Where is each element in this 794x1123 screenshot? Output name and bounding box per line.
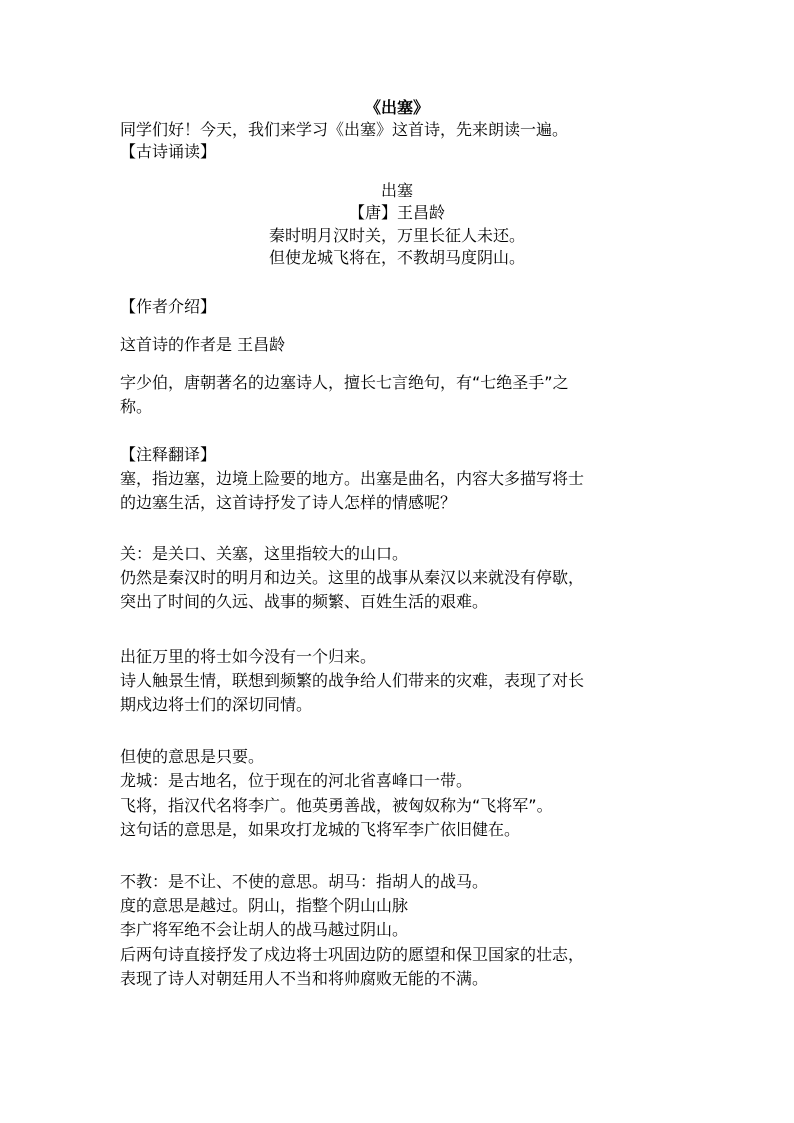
poem-title: 出塞 — [0, 180, 794, 202]
document-title: 《出塞》 — [0, 97, 794, 119]
note-line: 塞，指边塞，边境上险要的地方。出塞是曲名，内容大多描写将士 — [120, 468, 584, 490]
note-line: 龙城：是古地名，位于现在的河北省喜峰口一带。 — [120, 770, 472, 792]
poem-line: 秦时明月汉时关，万里长征人未还。 — [0, 225, 794, 247]
intro-text: 同学们好！今天，我们来学习《出塞》这首诗，先来朗读一遍。 — [120, 119, 568, 141]
note-line: 突出了时间的久远、战事的频繁、百姓生活的艰难。 — [120, 591, 488, 613]
note-line: 仍然是秦汉时的明月和边关。这里的战事从秦汉以来就没有停歇， — [120, 567, 584, 589]
note-line: 的边塞生活，这首诗抒发了诗人怎样的情感呢？ — [120, 492, 456, 514]
note-line: 度的意思是越过。阴山，指整个阴山山脉 — [120, 895, 408, 917]
note-line: 表现了诗人对朝廷用人不当和将帅腐败无能的不满。 — [120, 968, 488, 990]
section-heading-recite: 【古诗诵读】 — [120, 141, 216, 163]
author-line: 字少伯，唐朝著名的边塞诗人，擅长七言绝句，有“七绝圣手”之 — [120, 372, 569, 394]
section-heading-author: 【作者介绍】 — [120, 296, 216, 318]
poem-line: 但使龙城飞将在，不教胡马度阴山。 — [0, 247, 794, 269]
note-line: 李广将军绝不会让胡人的战马越过阴山。 — [120, 919, 408, 941]
document-page: 《出塞》 同学们好！今天，我们来学习《出塞》这首诗，先来朗读一遍。 【古诗诵读】… — [0, 0, 794, 1123]
note-line: 关：是关口、关塞，这里指较大的山口。 — [120, 543, 408, 565]
note-line: 诗人触景生情，联想到频繁的战争给人们带来的灾难，表现了对长 — [120, 670, 584, 692]
note-line: 后两句诗直接抒发了戍边将士巩固边防的愿望和保卫国家的壮志， — [120, 944, 584, 966]
note-line: 出征万里的将士如今没有一个归来。 — [120, 646, 376, 668]
author-line: 称。 — [120, 396, 152, 418]
author-line: 这首诗的作者是 王昌龄 — [120, 334, 285, 356]
note-line: 飞将，指汉代名将李广。他英勇善战，被匈奴称为“飞将军”。 — [120, 795, 553, 817]
poem-author: 【唐】王昌龄 — [0, 202, 794, 224]
note-line: 这句话的意思是，如果攻打龙城的飞将军李广依旧健在。 — [120, 819, 520, 841]
note-line: 期戍边将士们的深切同情。 — [120, 694, 312, 716]
note-line: 不教：是不让、不使的意思。胡马：指胡人的战马。 — [120, 871, 488, 893]
note-line: 但使的意思是只要。 — [120, 746, 264, 768]
section-heading-notes: 【注释翻译】 — [120, 444, 216, 466]
